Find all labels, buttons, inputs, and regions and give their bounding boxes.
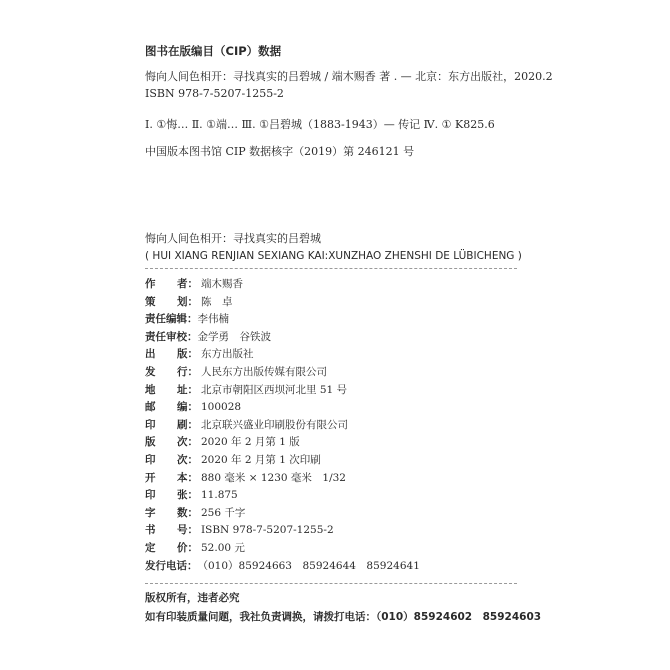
copyright-page: 图书在版编目（CIP）数据 悔向人间色相开：寻找真实的吕碧城 / 端木赐香 著 … <box>0 0 670 670</box>
detail-label-suffix: 刷： <box>177 418 198 432</box>
book-title-pinyin: ( HUI XIANG RENJIAN SEXIANG KAI:XUNZHAO … <box>145 249 522 263</box>
book-title-chinese: 悔向人间色相开：寻找真实的吕碧城 <box>145 232 321 246</box>
cip-classification: Ⅰ. ①悔… Ⅱ. ①端… Ⅲ. ①吕碧城（1883-1943）— 传记 Ⅳ. … <box>145 118 495 132</box>
detail-row: 责任审校：金学勇 谷铁波 <box>145 330 271 344</box>
detail-label-suffix: ： <box>187 330 198 344</box>
detail-value: 端木赐香 <box>201 278 243 290</box>
detail-label: 版次： <box>145 435 201 449</box>
detail-label-suffix: 编： <box>177 400 198 414</box>
detail-value: 北京市朝阳区西坝河北里 51 号 <box>201 384 347 396</box>
detail-label: 书号： <box>145 523 201 537</box>
detail-row: 作者：端木赐香 <box>145 277 243 291</box>
detail-value: ISBN 978-7-5207-1255-2 <box>201 524 334 536</box>
detail-label: 策划： <box>145 295 201 309</box>
detail-label-text: 出 <box>145 347 177 361</box>
detail-label-suffix: 价： <box>177 541 198 555</box>
detail-label-text: 开 <box>145 471 177 485</box>
detail-row: 定价：52.00 元 <box>145 541 245 555</box>
divider-bottom <box>145 583 517 584</box>
detail-row: 版次：2020 年 2 月第 1 版 <box>145 435 300 449</box>
detail-label-suffix: 次： <box>177 453 198 467</box>
detail-label: 邮编： <box>145 400 201 414</box>
detail-label-suffix: 张： <box>177 488 198 502</box>
detail-label-text: 责任编辑 <box>145 312 187 326</box>
detail-row: 书号：ISBN 978-7-5207-1255-2 <box>145 523 334 537</box>
detail-label-suffix: ： <box>187 312 198 326</box>
detail-label-text: 发行电话 <box>145 559 187 573</box>
detail-row: 开本：880 毫米 × 1230 毫米 1/32 <box>145 471 346 485</box>
detail-label-text: 责任审校 <box>145 330 187 344</box>
detail-label: 地址： <box>145 383 201 397</box>
detail-value: 2020 年 2 月第 1 次印刷 <box>201 454 321 466</box>
detail-label: 发行： <box>145 365 201 379</box>
detail-label: 出版： <box>145 347 201 361</box>
detail-value: 52.00 元 <box>201 542 245 554</box>
detail-label-text: 策 <box>145 295 177 309</box>
detail-label-suffix: 号： <box>177 523 198 537</box>
detail-row: 发行：人民东方出版传媒有限公司 <box>145 365 327 379</box>
detail-row: 发行电话：（010）85924663 85924644 85924641 <box>145 559 420 573</box>
detail-row: 策划：陈 卓 <box>145 295 233 309</box>
detail-label-suffix: 行： <box>177 365 198 379</box>
detail-label-text: 印 <box>145 488 177 502</box>
detail-label-suffix: 划： <box>177 295 198 309</box>
cip-record-number: 中国版本图书馆 CIP 数据核字（2019）第 246121 号 <box>145 145 414 159</box>
detail-label-text: 邮 <box>145 400 177 414</box>
detail-label: 印次： <box>145 453 201 467</box>
detail-label-text: 作 <box>145 277 177 291</box>
detail-label: 发行电话： <box>145 559 198 573</box>
detail-row: 字数：256 千字 <box>145 506 245 520</box>
detail-row: 出版：东方出版社 <box>145 347 254 361</box>
detail-value: 100028 <box>201 401 241 413</box>
detail-value: 东方出版社 <box>201 348 254 360</box>
detail-value: 金学勇 谷铁波 <box>198 331 272 343</box>
detail-value: 陈 卓 <box>201 296 233 308</box>
divider-top <box>145 268 517 269</box>
detail-row: 印刷：北京联兴盛业印刷股份有限公司 <box>145 418 348 432</box>
detail-label: 印张： <box>145 488 201 502</box>
detail-label-suffix: ： <box>187 559 198 573</box>
detail-label: 印刷： <box>145 418 201 432</box>
detail-label: 责任审校： <box>145 330 198 344</box>
cip-isbn: ISBN 978-7-5207-1255-2 <box>145 87 284 101</box>
detail-row: 责任编辑：李伟楠 <box>145 312 229 326</box>
detail-label-suffix: 数： <box>177 506 198 520</box>
detail-label-text: 地 <box>145 383 177 397</box>
detail-label-text: 版 <box>145 435 177 449</box>
detail-value: 2020 年 2 月第 1 版 <box>201 436 300 448</box>
detail-label-text: 印 <box>145 418 177 432</box>
detail-label-suffix: 本： <box>177 471 198 485</box>
detail-label: 责任编辑： <box>145 312 198 326</box>
rights-notice: 版权所有，违者必究 <box>145 591 240 605</box>
cip-entry: 悔向人间色相开：寻找真实的吕碧城 / 端木赐香 著 . — 北京：东方出版社，2… <box>145 70 553 84</box>
detail-label-text: 印 <box>145 453 177 467</box>
detail-label: 字数： <box>145 506 201 520</box>
detail-label-text: 发 <box>145 365 177 379</box>
detail-value: 880 毫米 × 1230 毫米 1/32 <box>201 472 346 484</box>
detail-row: 邮编：100028 <box>145 400 241 414</box>
detail-row: 印张：11.875 <box>145 488 238 502</box>
detail-value: 北京联兴盛业印刷股份有限公司 <box>201 419 348 431</box>
detail-label-suffix: 版： <box>177 347 198 361</box>
detail-label-text: 字 <box>145 506 177 520</box>
detail-label-suffix: 址： <box>177 383 198 397</box>
detail-label: 作者： <box>145 277 201 291</box>
detail-value: 人民东方出版传媒有限公司 <box>201 366 327 378</box>
detail-label: 定价： <box>145 541 201 555</box>
detail-label-suffix: 者： <box>177 277 198 291</box>
quality-notice: 如有印装质量问题，我社负责调换，请拨打电话：（010）85924602 8592… <box>145 610 541 624</box>
cip-heading: 图书在版编目（CIP）数据 <box>145 44 281 58</box>
detail-value: 256 千字 <box>201 507 245 519</box>
detail-value: 11.875 <box>201 489 238 501</box>
detail-label-text: 书 <box>145 523 177 537</box>
detail-value: （010）85924663 85924644 85924641 <box>198 560 420 572</box>
detail-label: 开本： <box>145 471 201 485</box>
detail-label-suffix: 次： <box>177 435 198 449</box>
detail-label-text: 定 <box>145 541 177 555</box>
detail-row: 印次：2020 年 2 月第 1 次印刷 <box>145 453 321 467</box>
detail-value: 李伟楠 <box>198 313 230 325</box>
detail-row: 地址：北京市朝阳区西坝河北里 51 号 <box>145 383 347 397</box>
